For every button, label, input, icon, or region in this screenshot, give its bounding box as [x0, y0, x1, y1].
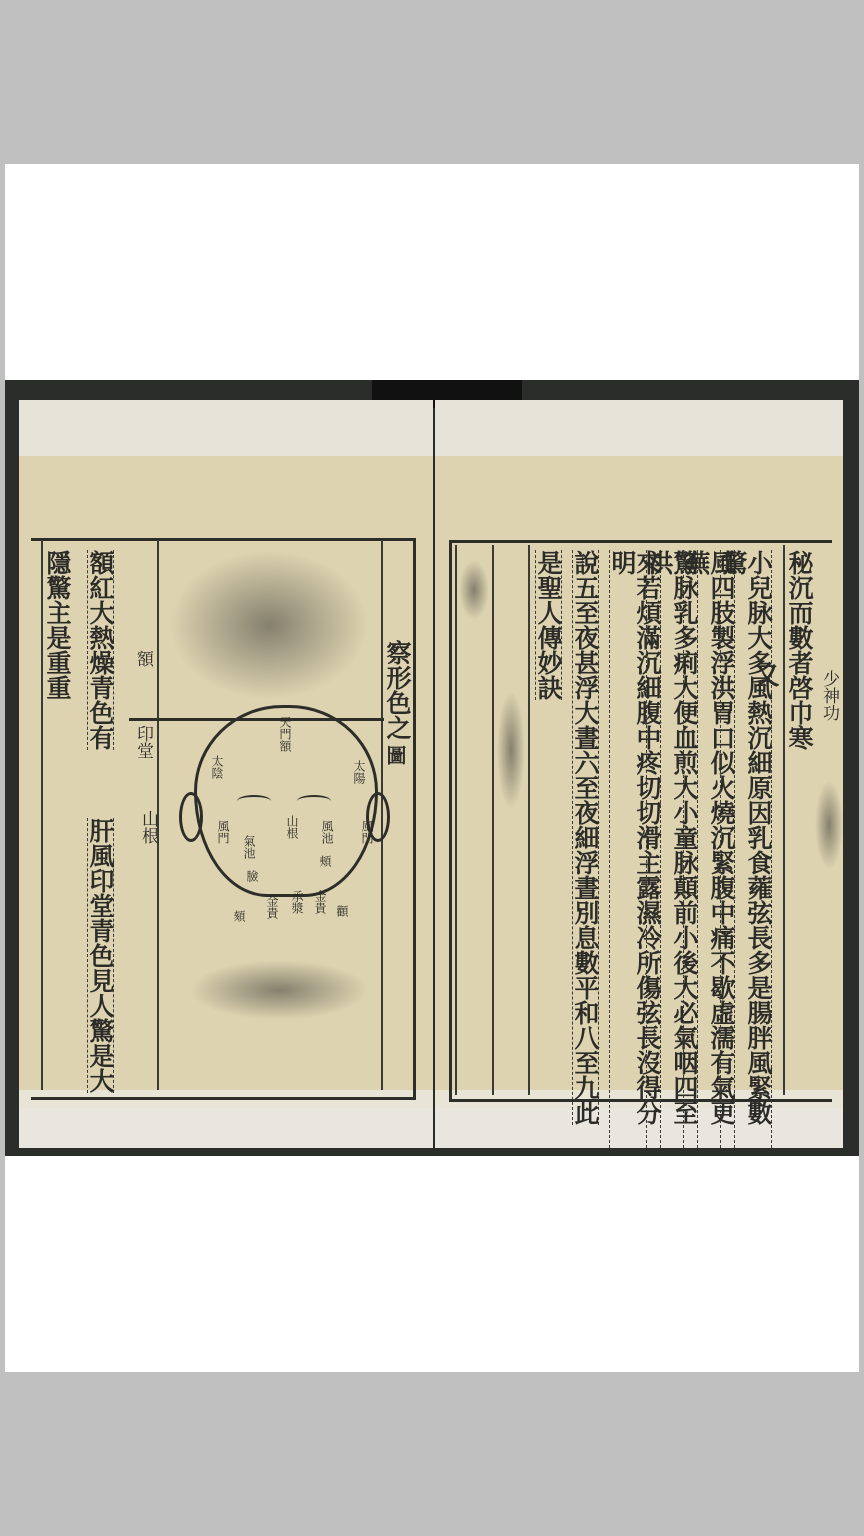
face-label-right-ear: 風門	[359, 820, 376, 844]
face-label-chin-left: 金貴	[264, 895, 281, 919]
running-title: 秘沉而數者啓巾寒	[787, 550, 812, 750]
label-forehead: 額	[134, 650, 151, 667]
face-label-left-temple: 太陰	[209, 755, 226, 779]
text-column: 小兒脉大多風熱沉細原因乳食蕹弦長多是腸胖風緊數驚	[720, 550, 772, 1148]
label-shangen: 山根	[139, 810, 156, 844]
faded-text	[815, 780, 843, 870]
faded-illustration	[189, 960, 369, 1020]
face-label-chin-right: 金貴	[312, 890, 329, 914]
column-rule	[492, 545, 494, 1095]
margin-label: 少神功	[820, 670, 837, 721]
face-label-right-temple: 太陽	[351, 760, 368, 784]
column-rule	[528, 545, 530, 1095]
text-column: 是聖人傳妙訣	[535, 550, 562, 700]
page-top-margin	[19, 400, 433, 456]
section-heading: 又	[753, 662, 778, 687]
face-label-left-eye: 氣池	[241, 835, 258, 859]
left-ear	[179, 792, 203, 842]
book-photo[interactable]: 隱驚主是重重 額紅大熱燥青色有 肝風印堂青色見人驚是大 額 印堂 山根 察形色之…	[5, 380, 859, 1156]
diagram-title-suffix: 圖	[385, 745, 405, 765]
diagram-title: 察形色之	[385, 640, 410, 740]
faded-text	[497, 690, 525, 810]
text-column: 說五至夜甚浮大晝六至夜細浮晝別息數平和八至九此	[572, 550, 599, 1125]
page-top-margin	[435, 400, 843, 456]
faded-text	[459, 560, 489, 620]
face-label-center: 山根	[284, 815, 301, 839]
right-page: 是聖人傳妙訣 說五至夜甚浮大晝六至夜細浮晝別息數平和八至九此 來若煩滿沉細腹中疼…	[435, 400, 843, 1148]
right-brow	[297, 795, 331, 807]
page-bottom-margin	[19, 1108, 433, 1148]
face-label-right-eye: 風池	[319, 820, 336, 844]
viewer-top-bar	[0, 0, 864, 164]
text-column: 額紅大熱燥青色有	[87, 550, 114, 750]
left-page: 隱驚主是重重 額紅大熱燥青色有 肝風印堂青色見人驚是大 額 印堂 山根 察形色之…	[19, 400, 433, 1148]
face-label-left-ear: 風門	[215, 820, 232, 844]
face-label-right-cheek: 頰	[317, 855, 334, 867]
face-label-mouth: 承漿	[289, 890, 306, 914]
faded-illustration	[169, 550, 369, 700]
label-yintang: 印堂	[134, 725, 151, 759]
left-brow	[237, 795, 271, 807]
text-column: 隱驚主是重重	[45, 550, 70, 700]
face-label-left-cheek: 臉	[244, 870, 261, 882]
face-label-lower-left: 頦	[231, 910, 248, 922]
face-label-cheekbone: 顴	[334, 905, 351, 917]
text-column: 肝風印堂青色見人驚是大	[87, 818, 114, 1093]
column-rule	[455, 545, 457, 1095]
face-label-top: 天門額	[277, 716, 294, 752]
